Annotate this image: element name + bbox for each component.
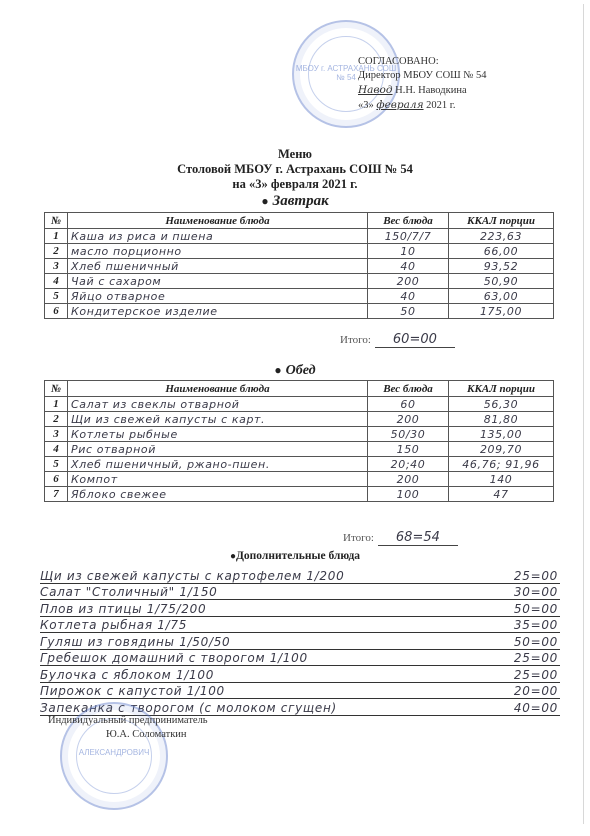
table-header: № Наименование блюда Вес блюда ККАЛ порц…: [45, 381, 554, 397]
list-item: Гуляш из говядины 1/50/5050=00: [40, 633, 560, 650]
list-item: Щи из свежей капусты с картофелем 1/2002…: [40, 567, 560, 584]
approval-block: СОГЛАСОВАНО: Директор МБОУ СОШ № 54 Наво…: [358, 55, 487, 113]
dish-weight: 150: [368, 442, 449, 457]
dish-weight: 200: [368, 472, 449, 487]
dish-name: Хлеб пшеничный, ржано-пшен.: [68, 457, 368, 472]
breakfast-total: Итого:60=00: [340, 332, 455, 348]
dish-name: Салат из свеклы отварной: [68, 397, 368, 412]
row-number: 6: [45, 304, 68, 319]
director-name: Н.Н. Наводкина: [395, 85, 466, 96]
extra-dish-price: 25=00: [514, 668, 560, 682]
dish-weight: 20;40: [368, 457, 449, 472]
extra-dish-price: 25=00: [514, 569, 560, 583]
menu-title: Меню: [0, 147, 590, 162]
extra-dish-name: Гуляш из говядины 1/50/50: [40, 635, 230, 649]
dish-weight: 200: [368, 412, 449, 427]
extra-dishes-list: Щи из свежей капусты с картофелем 1/2002…: [40, 567, 560, 716]
dish-weight: 200: [368, 274, 449, 289]
approval-position: Директор МБОУ СОШ № 54: [358, 69, 487, 83]
row-number: 1: [45, 229, 68, 244]
row-number: 4: [45, 442, 68, 457]
table-header: № Наименование блюда Вес блюда ККАЛ порц…: [45, 213, 554, 229]
table-row: 1Каша из риса и пшена150/7/7223,63: [45, 229, 554, 244]
approval-signature-line: Навод Н.Н. Наводкина: [358, 83, 487, 98]
row-number: 2: [45, 244, 68, 259]
dish-kcal: 81,80: [449, 412, 554, 427]
approval-date: «3» февраля 2021 г.: [358, 98, 487, 113]
row-number: 1: [45, 397, 68, 412]
lunch-total: Итого:68=54: [343, 530, 458, 546]
dish-name: Чай с сахаром: [68, 274, 368, 289]
extra-dish-price: 35=00: [514, 618, 560, 632]
dish-kcal: 209,70: [449, 442, 554, 457]
table-row: 5Хлеб пшеничный, ржано-пшен.20;4046,76; …: [45, 457, 554, 472]
extra-dish-name: Щи из свежей капусты с картофелем 1/200: [40, 569, 344, 583]
row-number: 2: [45, 412, 68, 427]
footer-signature: Индивидуальный предприниматель Ю.А. Соло…: [48, 714, 208, 742]
dish-weight: 50/30: [368, 427, 449, 442]
row-number: 3: [45, 427, 68, 442]
extra-dish-price: 25=00: [514, 651, 560, 665]
row-number: 3: [45, 259, 68, 274]
row-number: 6: [45, 472, 68, 487]
list-item: Котлета рыбная 1/7535=00: [40, 617, 560, 634]
extra-dish-name: Плов из птицы 1/75/200: [40, 602, 206, 616]
extra-dish-name: Гребешок домашний с творогом 1/100: [40, 651, 308, 665]
table-row: 4Чай с сахаром20050,90: [45, 274, 554, 289]
extra-dish-price: 50=00: [514, 602, 560, 616]
dish-name: Котлеты рыбные: [68, 427, 368, 442]
dish-name: Хлеб пшеничный: [68, 259, 368, 274]
list-item: Салат "Столичный" 1/15030=00: [40, 584, 560, 601]
bullet-icon: ●: [274, 363, 281, 377]
canteen-name: Столовой МБОУ г. Астрахань СОШ № 54: [0, 162, 590, 177]
lunch-total-value: 68=54: [378, 530, 458, 546]
entrepreneur-name: Ю.А. Соломаткин: [48, 728, 208, 742]
extra-dish-name: Салат "Столичный" 1/150: [40, 585, 218, 599]
extra-dish-price: 40=00: [514, 701, 560, 715]
extra-dish-price: 30=00: [514, 585, 560, 599]
bullet-icon: ●: [261, 194, 268, 208]
dish-weight: 10: [368, 244, 449, 259]
dish-weight: 50: [368, 304, 449, 319]
section-lunch-title: ●Обед: [0, 363, 590, 379]
dish-weight: 100: [368, 487, 449, 502]
table-row: 7Яблоко свежее10047: [45, 487, 554, 502]
row-number: 4: [45, 274, 68, 289]
dish-name: Яблоко свежее: [68, 487, 368, 502]
extra-dish-price: 20=00: [514, 684, 560, 698]
dish-weight: 40: [368, 289, 449, 304]
extra-dish-name: Котлета рыбная 1/75: [40, 618, 187, 632]
list-item: Булочка с яблоком 1/10025=00: [40, 666, 560, 683]
lunch-table: № Наименование блюда Вес блюда ККАЛ порц…: [44, 380, 554, 502]
dish-kcal: 47: [449, 487, 554, 502]
dish-kcal: 46,76; 91,96: [449, 457, 554, 472]
list-item: Пирожок с капустой 1/10020=00: [40, 683, 560, 700]
dish-weight: 40: [368, 259, 449, 274]
approval-heading: СОГЛАСОВАНО:: [358, 55, 487, 69]
table-row: 3Хлеб пшеничный4093,52: [45, 259, 554, 274]
extra-dish-name: Булочка с яблоком 1/100: [40, 668, 214, 682]
table-row: 2масло порционно1066,00: [45, 244, 554, 259]
row-number: 7: [45, 487, 68, 502]
table-row: 6Кондитерское изделие50175,00: [45, 304, 554, 319]
dish-kcal: 63,00: [449, 289, 554, 304]
page-edge: [583, 4, 584, 824]
dish-kcal: 93,52: [449, 259, 554, 274]
breakfast-table: № Наименование блюда Вес блюда ККАЛ порц…: [44, 212, 554, 319]
dish-kcal: 135,00: [449, 427, 554, 442]
list-item: Плов из птицы 1/75/20050=00: [40, 600, 560, 617]
table-row: 5Яйцо отварное4063,00: [45, 289, 554, 304]
dish-name: Щи из свежей капусты с карт.: [68, 412, 368, 427]
dish-kcal: 223,63: [449, 229, 554, 244]
dish-weight: 60: [368, 397, 449, 412]
section-extra-title: ●Дополнительные блюда: [0, 550, 590, 562]
row-number: 5: [45, 457, 68, 472]
table-row: 2Щи из свежей капусты с карт.20081,80: [45, 412, 554, 427]
list-item: Гребешок домашний с творогом 1/10025=00: [40, 650, 560, 667]
dish-kcal: 56,30: [449, 397, 554, 412]
menu-date: на «3» февраля 2021 г.: [0, 177, 590, 192]
breakfast-total-value: 60=00: [375, 332, 455, 348]
row-number: 5: [45, 289, 68, 304]
director-signature: Навод: [358, 84, 393, 96]
dish-name: Яйцо отварное: [68, 289, 368, 304]
table-row: 3Котлеты рыбные50/30135,00: [45, 427, 554, 442]
entrepreneur-title: Индивидуальный предприниматель: [48, 714, 208, 728]
dish-name: Компот: [68, 472, 368, 487]
dish-name: масло порционно: [68, 244, 368, 259]
dish-kcal: 50,90: [449, 274, 554, 289]
dish-name: Рис отварной: [68, 442, 368, 457]
table-row: 6Компот200140: [45, 472, 554, 487]
table-row: 4Рис отварной150209,70: [45, 442, 554, 457]
section-breakfast-title: ●Завтрак: [0, 193, 590, 210]
extra-dish-name: Пирожок с капустой 1/100: [40, 684, 225, 698]
dish-kcal: 66,00: [449, 244, 554, 259]
extra-dish-price: 50=00: [514, 635, 560, 649]
dish-kcal: 140: [449, 472, 554, 487]
dish-name: Кондитерское изделие: [68, 304, 368, 319]
dish-weight: 150/7/7: [368, 229, 449, 244]
table-row: 1Салат из свеклы отварной6056,30: [45, 397, 554, 412]
dish-kcal: 175,00: [449, 304, 554, 319]
dish-name: Каша из риса и пшена: [68, 229, 368, 244]
